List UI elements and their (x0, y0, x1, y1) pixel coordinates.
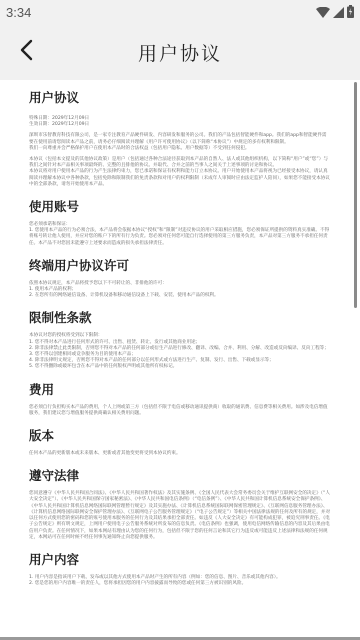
page-title: 用户协议 (0, 39, 360, 66)
section-heading: 使用账号 (29, 197, 331, 215)
agreement-scroll-view[interactable]: 用户协议 特殊日期：2029年12月09日 生效日期：2029年12月09日 深… (0, 80, 360, 637)
section-body: 您同意遵守《中华人民共和国合同法》、《中华人民共和国著作权法》及其实施条例、《全… (29, 491, 331, 541)
scrollbar-thumb[interactable] (354, 82, 357, 308)
document-title: 用户协议 (29, 88, 331, 106)
section-body: 本协议对您的授权将受到以下限制： 1. 您不得对本产品进行任何形式的许可、出售、… (29, 333, 331, 370)
section-heading: 版本 (29, 426, 331, 444)
section-heading: 用户内容 (29, 550, 331, 568)
section-body: 依照本协议规定，本产品将授予您以下不可转让的、非排他的许可： 1. 使用本产品的… (29, 281, 331, 300)
section-heading: 遵守法律 (29, 466, 331, 484)
agreement-document: 用户协议 特殊日期：2029年12月09日 生效日期：2029年12月09日 深… (29, 88, 331, 592)
intro-paragraph: 本协议（包括本文提及的其他协议政策）是用户（包括通过各种合法途径获取到本产品的自… (29, 157, 331, 188)
status-icons (316, 6, 354, 19)
status-bar: 3:34 (0, 0, 360, 26)
section-body: 任何本产品的更新版本或未来版本、更新或者其他变更将受到本协议约束。 (29, 451, 331, 457)
section-body: 1. 用户内容是指该用户下载、发布或以其他方式使用本产品时产生的所有内容（例如：… (29, 575, 331, 587)
document-dates: 特殊日期：2029年12月09日 生效日期：2029年12月09日 (29, 116, 331, 128)
battery-charging-icon (347, 3, 354, 22)
wifi-icon (316, 3, 330, 22)
cellular-signal-icon (333, 3, 344, 22)
status-time: 3:34 (6, 5, 31, 20)
app-bar: 用户协议 (0, 26, 360, 78)
section-heading: 费用 (29, 380, 331, 398)
section-body: 您必须自行负担购买本产品的费用，个人上网或第三方（包括但不限于电信或移动通讯提供… (29, 405, 331, 417)
section-heading: 限制性条款 (29, 308, 331, 326)
section-heading: 终端用户协议许可 (29, 256, 331, 274)
section-body: 您必须承诺和保证： 1. 您使用本产品的行为必须合法，本产品将会依据本协议“授权… (29, 222, 331, 247)
intro-paragraph: 深圳市乐智教育科技有限公司，是一家专注教育产品硬件研发、内容研发和服务的公司。我… (29, 133, 331, 152)
